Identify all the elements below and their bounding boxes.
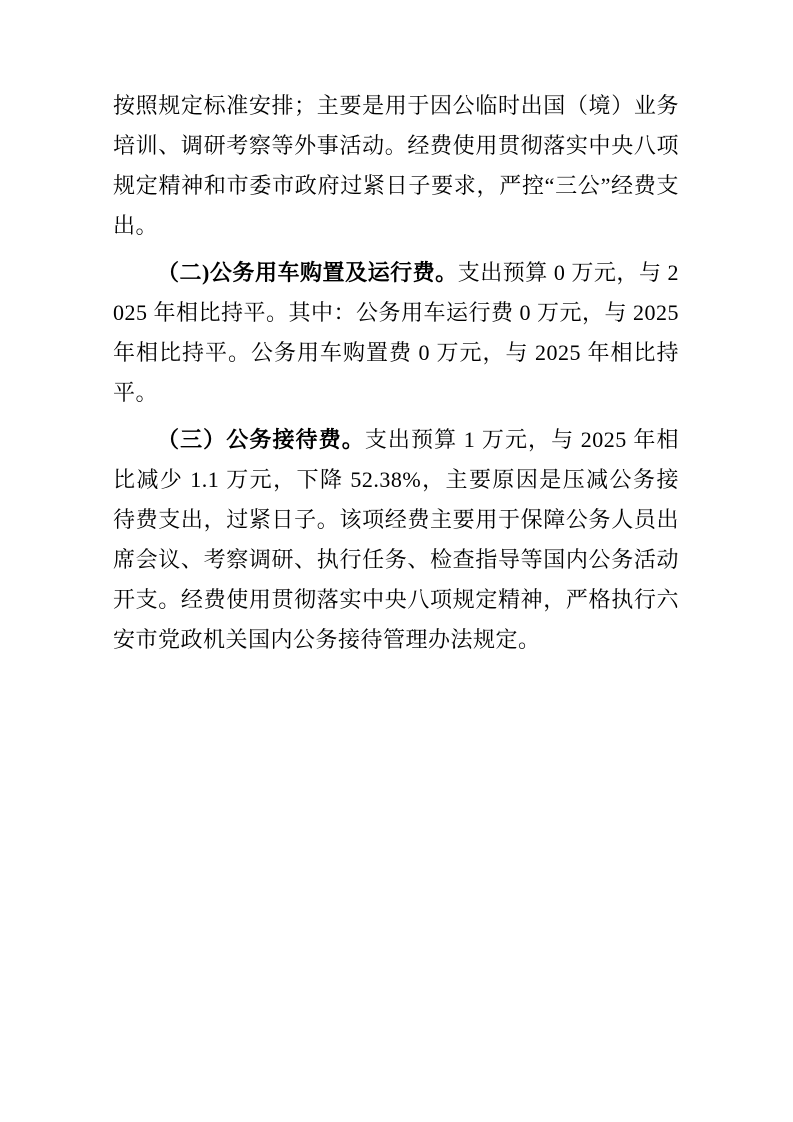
document-page: 按照规定标准安排；主要是用于因公临时出国（境）业务培训、调研考察等外事活动。经费…: [0, 0, 793, 1122]
paragraph-body-text: 按照规定标准安排；主要是用于因公临时出国（境）业务培训、调研考察等外事活动。经费…: [113, 93, 679, 238]
document-body: 按照规定标准安排；主要是用于因公临时出国（境）业务培训、调研考察等外事活动。经费…: [113, 86, 679, 660]
paragraph-reception-expense: （三）公务接待费。支出预算 1 万元，与 2025 年相比减少 1.1 万元，下…: [113, 420, 679, 660]
paragraph-continuation: 按照规定标准安排；主要是用于因公临时出国（境）业务培训、调研考察等外事活动。经费…: [113, 86, 679, 246]
paragraph-body-text: 支出预算 1 万元，与 2025 年相比减少 1.1 万元，下降 52.38%，…: [113, 427, 679, 652]
paragraph-lead-heading: （三）公务接待费。: [157, 427, 365, 452]
paragraph-vehicle-expense: （二)公务用车购置及运行费。支出预算 0 万元，与 2025 年相比持平。其中：…: [113, 253, 679, 413]
paragraph-lead-heading: （二)公务用车购置及运行费。: [157, 260, 458, 285]
